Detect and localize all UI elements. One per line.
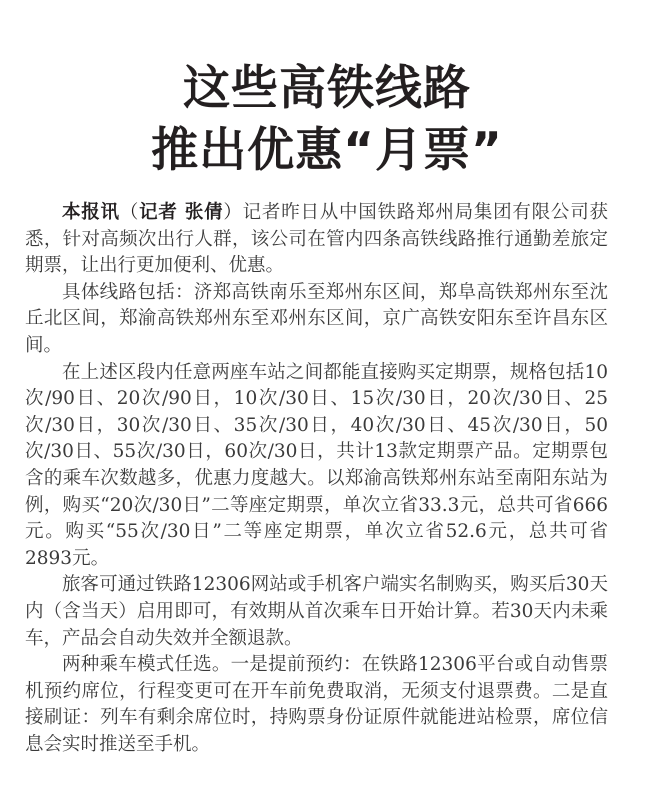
article-paragraph-5: 两种乘车模式任选。一是提前预约：在铁路12306平台或自动售票机预约席位，行程变… [25, 652, 608, 758]
article-paragraph-4: 旅客可通过铁路12306网站或手机客户端实名制购买，购买后30天内（含当天）启用… [25, 572, 608, 652]
byline-close-paren: ） [223, 202, 242, 223]
headline-line-2: 推出优惠“月票” [0, 120, 648, 182]
byline: 本报讯（记者 张倩） [62, 202, 243, 223]
article-paragraph-2: 具体线路包括：济郑高铁南乐至郑州东区间，郑阜高铁郑州东至沈丘北区间，郑渝高铁郑州… [25, 280, 608, 360]
byline-open-paren: （ [120, 202, 139, 223]
article-paragraph-3: 在上述区段内任意两座车站之间都能直接购买定期票，规格包括10次/90日、20次/… [25, 360, 608, 573]
byline-lead: 本报讯 [62, 202, 120, 223]
headline-line-1: 这些高铁线路 [0, 58, 648, 120]
article-body: 本报讯（记者 张倩）记者昨日从中国铁路郑州局集团有限公司获悉，针对高频次出行人群… [25, 200, 608, 758]
article-paragraph-1: 本报讯（记者 张倩）记者昨日从中国铁路郑州局集团有限公司获悉，针对高频次出行人群… [25, 200, 608, 280]
headline: 这些高铁线路 推出优惠“月票” [0, 58, 648, 182]
byline-reporter: 记者 张倩 [139, 202, 223, 223]
